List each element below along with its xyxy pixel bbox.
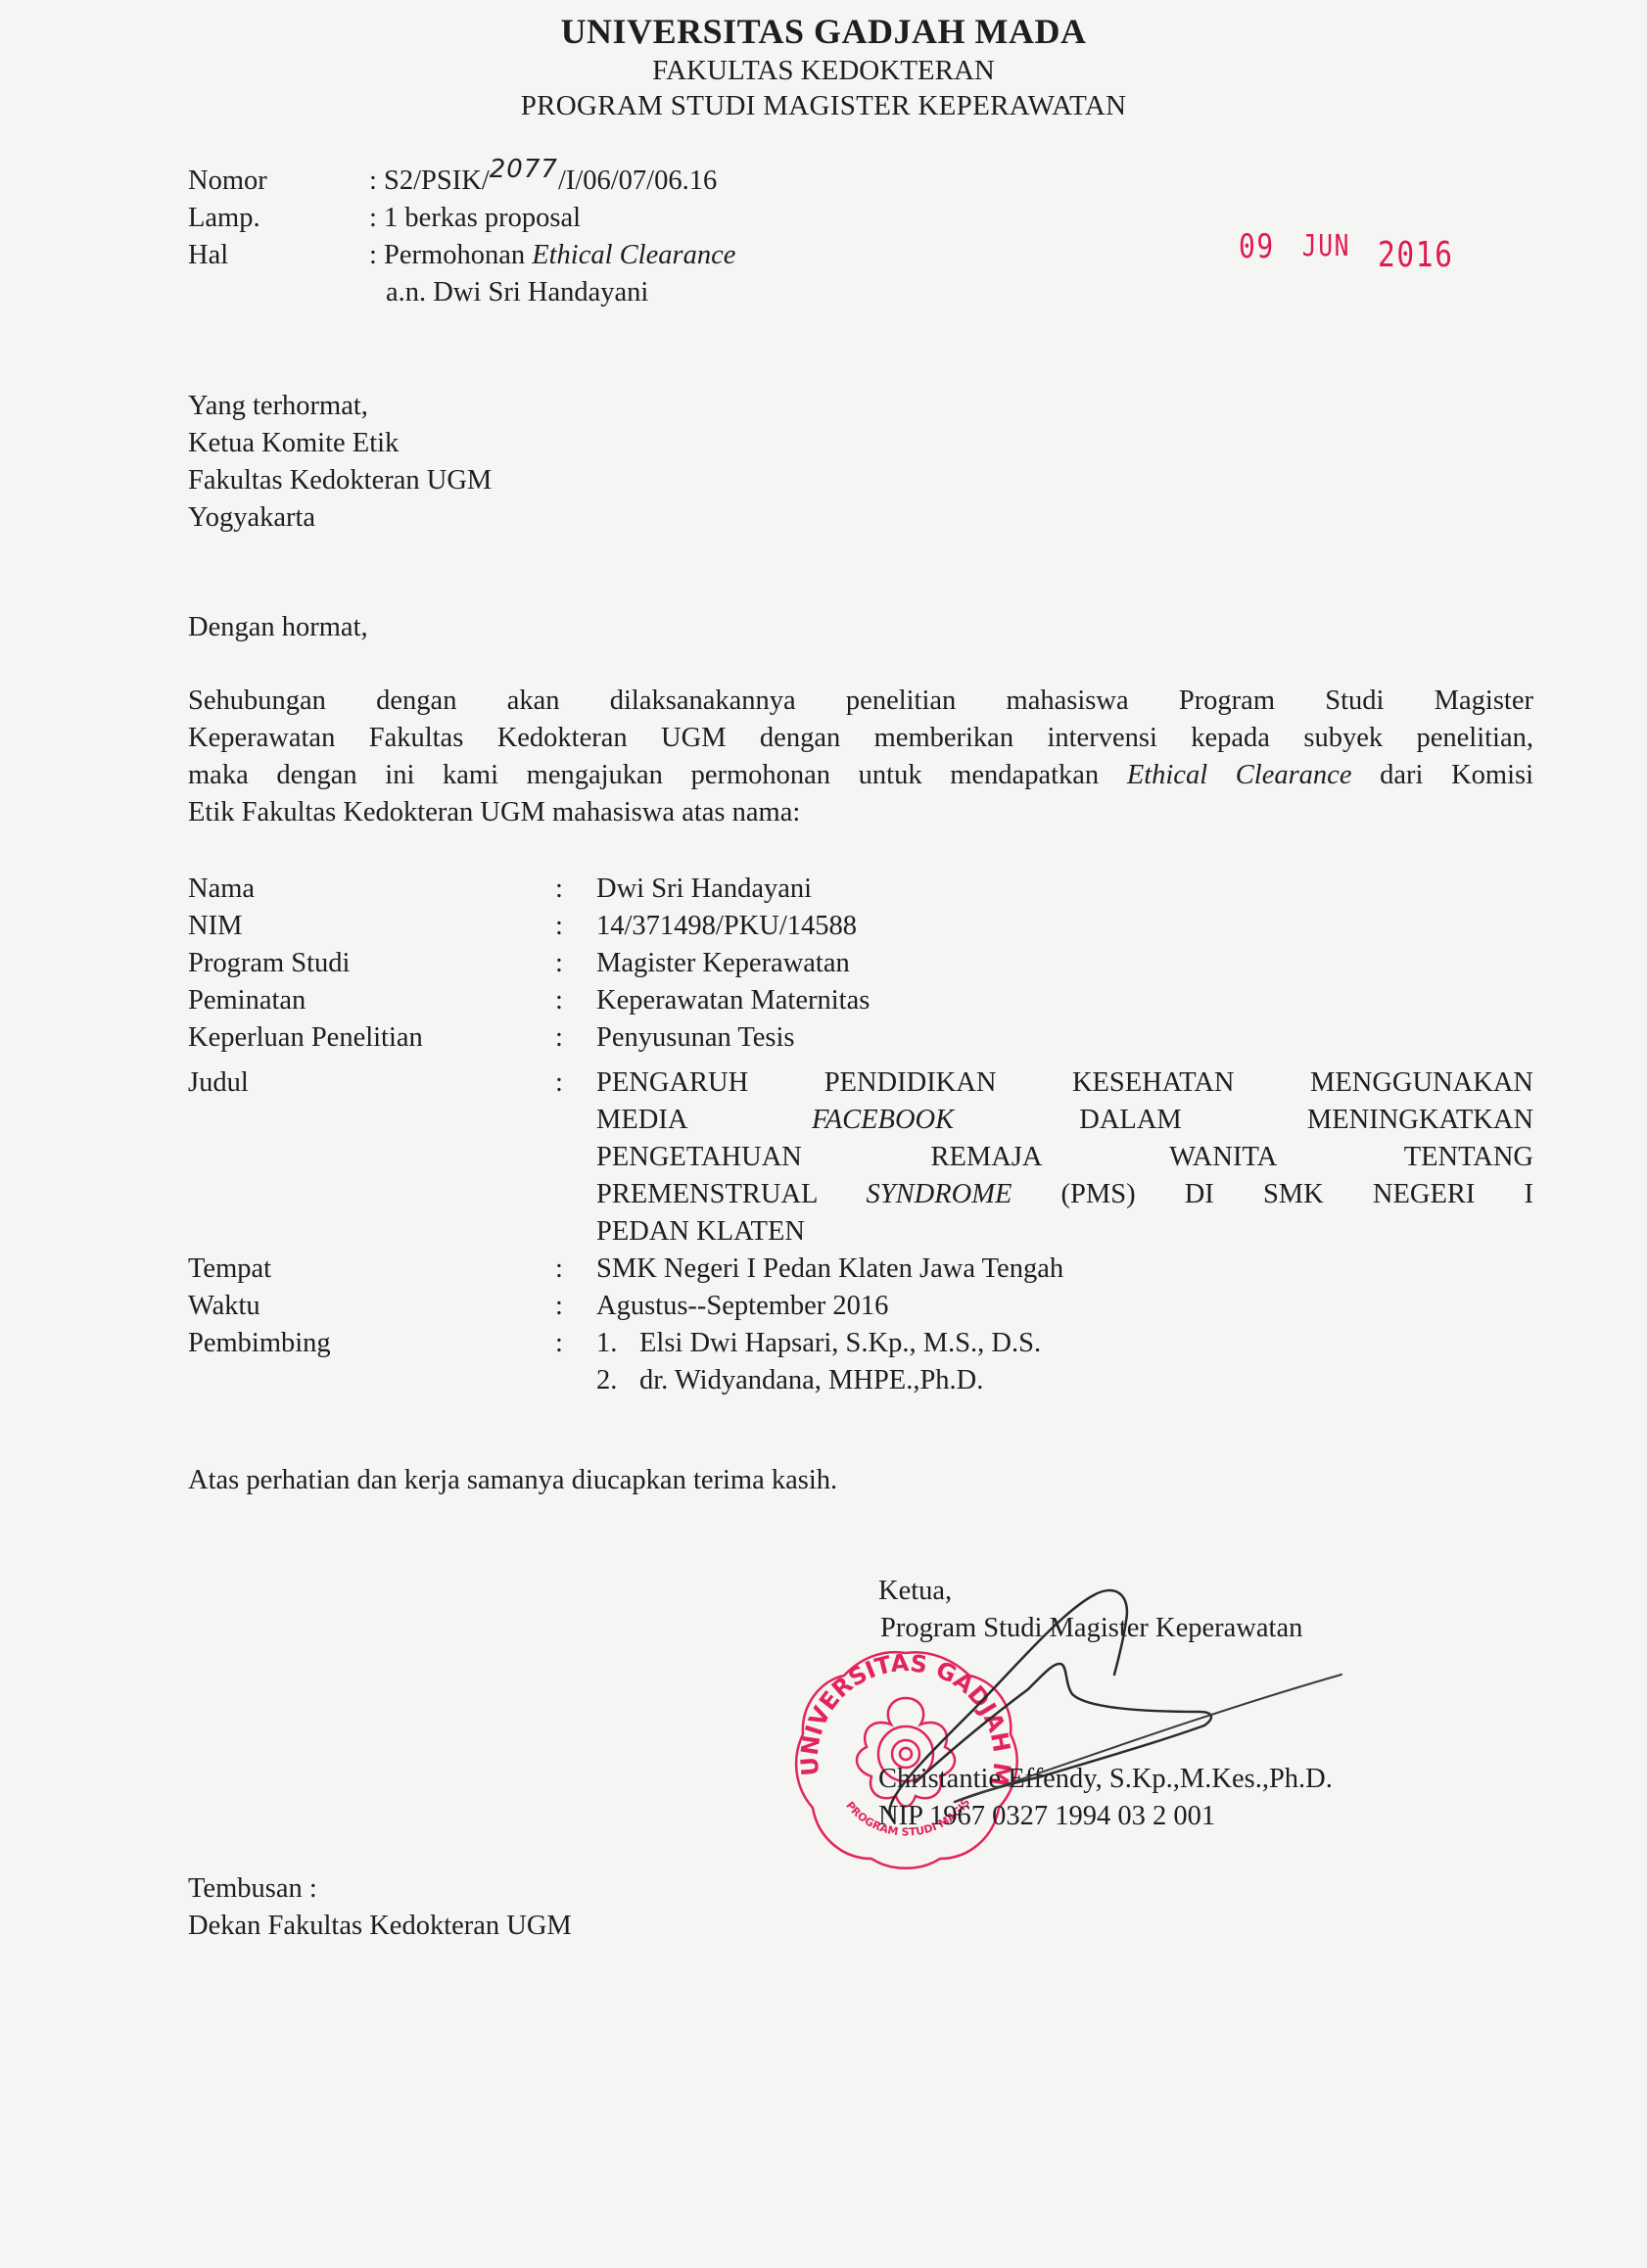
ref-hal: Hal : Permohonan Ethical Clearance (188, 237, 735, 274)
field-program-studi: Program Studi : Magister Keperawatan (188, 945, 1533, 982)
ethical-clearance-italic: Ethical Clearance (1127, 760, 1352, 790)
body-line: Sehubungan dengan akan dilaksanakannya p… (188, 683, 1533, 720)
body-line: Etik Fakultas Kedokteran UGM mahasiswa a… (188, 794, 1533, 831)
nim-value: 14/371498/PKU/14588 (596, 908, 1533, 945)
student-details: Nama : Dwi Sri Handayani NIM : 14/371498… (188, 871, 1533, 1399)
tempat-value: SMK Negeri I Pedan Klaten Jawa Tengah (596, 1251, 1533, 1288)
body-paragraph: Sehubungan dengan akan dilaksanakannya p… (188, 683, 1533, 831)
field-pembimbing: Pembimbing : 1. Elsi Dwi Hapsari, S.Kp.,… (188, 1325, 1533, 1399)
hal-label: Hal (188, 237, 369, 274)
received-date-stamp: 09 JUN 2016 (1239, 227, 1454, 275)
cc-label: Tembusan : (188, 1870, 572, 1908)
nomor-label: Nomor (188, 163, 369, 200)
waktu-value: Agustus--September 2016 (596, 1288, 1533, 1325)
field-tempat: Tempat : SMK Negeri I Pedan Klaten Jawa … (188, 1251, 1533, 1288)
lamp-value: : 1 berkas proposal (369, 200, 581, 237)
keperluan-value: Penyusunan Tesis (596, 1019, 1533, 1057)
hal-italic: Ethical Clearance (532, 240, 735, 270)
program-name: PROGRAM STUDI MAGISTER KEPERAWATAN (0, 88, 1647, 123)
ref-nomor: Nomor : S2/PSIK/2077/I/06/07/06.16 (188, 163, 735, 200)
lamp-label: Lamp. (188, 200, 369, 237)
recipient-line: Yang terhormat, (188, 388, 492, 425)
reference-block: Nomor : S2/PSIK/2077/I/06/07/06.16 Lamp.… (188, 163, 735, 311)
stamp-day: 09 (1239, 227, 1275, 275)
peminatan-value: Keperawatan Maternitas (596, 982, 1533, 1019)
faculty-name: FAKULTAS KEDOKTERAN (0, 53, 1647, 88)
program-studi-value: Magister Keperawatan (596, 945, 1533, 982)
pembimbing-list: 1. Elsi Dwi Hapsari, S.Kp., M.S., D.S. 2… (596, 1325, 1533, 1399)
pembimbing-item: 1. Elsi Dwi Hapsari, S.Kp., M.S., D.S. (596, 1325, 1533, 1362)
nomor-suffix: /I/06/07/06.16 (558, 165, 717, 196)
nomor-handwritten: 2077 (490, 155, 558, 184)
university-name: UNIVERSITAS GADJAH MADA (0, 10, 1647, 53)
judul-value: PENGARUH PENDIDIKAN KESEHATAN MENGGUNAKA… (596, 1064, 1533, 1251)
cc-recipient: Dekan Fakultas Kedokteran UGM (188, 1908, 572, 1945)
ref-lamp: Lamp. : 1 berkas proposal (188, 200, 735, 237)
greeting: Dengan hormat, (188, 609, 368, 646)
recipient-line: Yogyakarta (188, 499, 492, 537)
field-judul: Judul : PENGARUH PENDIDIKAN KESEHATAN ME… (188, 1064, 1533, 1251)
field-keperluan: Keperluan Penelitian : Penyusunan Tesis (188, 1019, 1533, 1057)
hal-continuation: a.n. Dwi Sri Handayani (188, 274, 735, 311)
field-nama: Nama : Dwi Sri Handayani (188, 871, 1533, 908)
letterhead: UNIVERSITAS GADJAH MADA FAKULTAS KEDOKTE… (0, 10, 1647, 123)
closing-sentence: Atas perhatian dan kerja samanya diucapk… (188, 1462, 837, 1499)
handwritten-signature (862, 1577, 1410, 1831)
recipient-block: Yang terhormat, Ketua Komite Etik Fakult… (188, 388, 492, 537)
carbon-copy-block: Tembusan : Dekan Fakultas Kedokteran UGM (188, 1870, 572, 1945)
body-line: Keperawatan Fakultas Kedokteran UGM deng… (188, 720, 1533, 757)
nomor-prefix: : S2/PSIK/ (369, 165, 490, 196)
hal-prefix: : Permohonan (369, 240, 532, 270)
nama-value: Dwi Sri Handayani (596, 871, 1533, 908)
pembimbing-item: 2. dr. Widyandana, MHPE.,Ph.D. (596, 1362, 1533, 1399)
stamp-year: 2016 (1378, 235, 1454, 275)
recipient-line: Ketua Komite Etik (188, 425, 492, 462)
stamp-month: JUN (1302, 229, 1350, 275)
field-waktu: Waktu : Agustus--September 2016 (188, 1288, 1533, 1325)
field-peminatan: Peminatan : Keperawatan Maternitas (188, 982, 1533, 1019)
letter-page: UNIVERSITAS GADJAH MADA FAKULTAS KEDOKTE… (0, 0, 1647, 2268)
body-line: maka dengan ini kami mengajukan permohon… (188, 757, 1533, 794)
field-nim: NIM : 14/371498/PKU/14588 (188, 908, 1533, 945)
recipient-line: Fakultas Kedokteran UGM (188, 462, 492, 499)
